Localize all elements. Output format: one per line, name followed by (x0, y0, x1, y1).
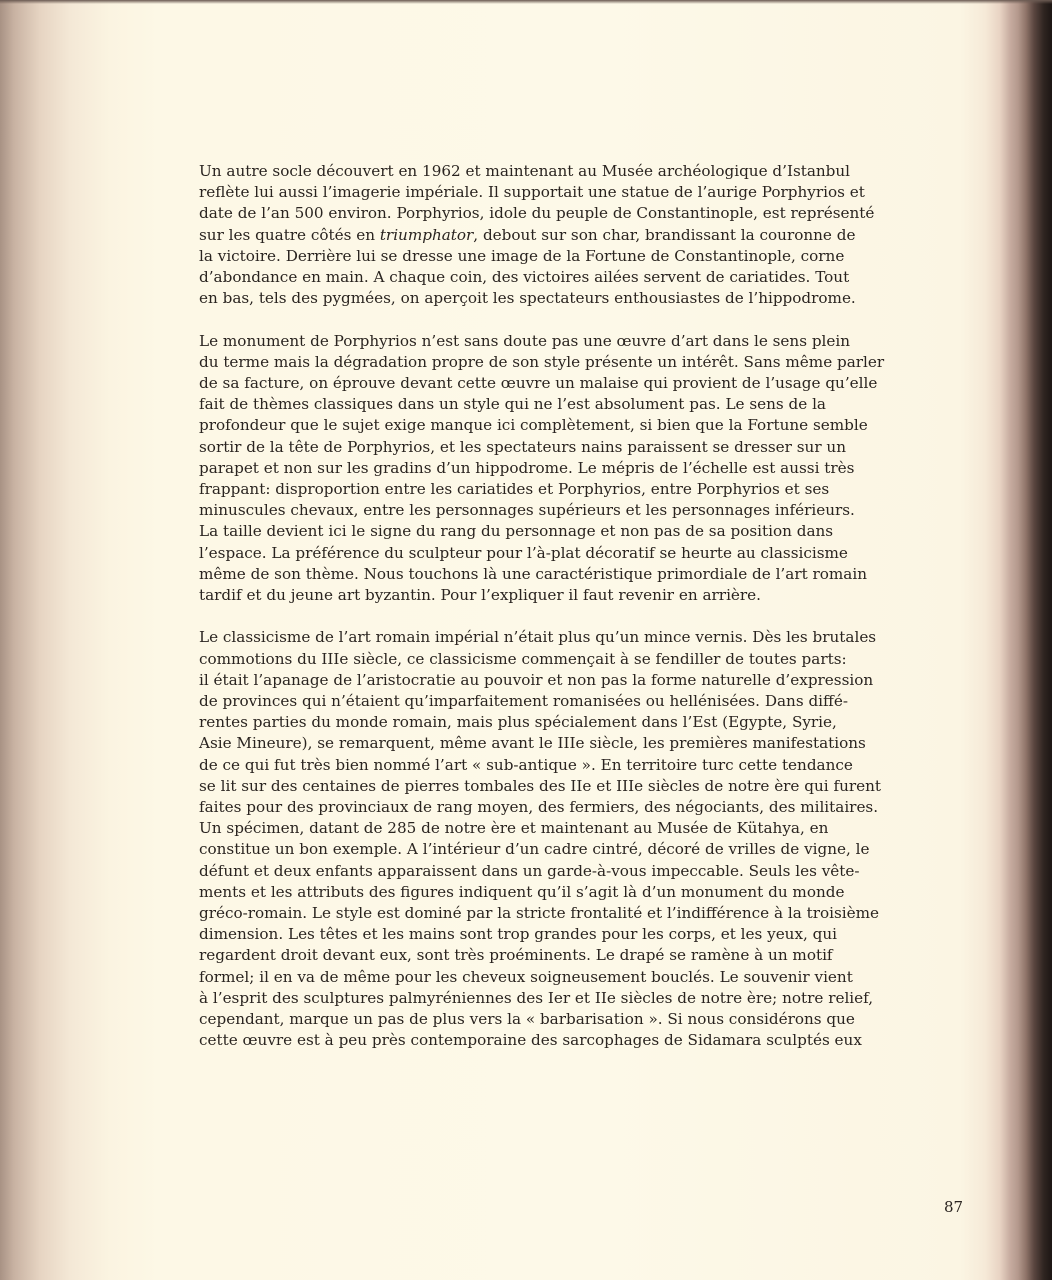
book-page: Un autre socle découvert en 1962 et main… (0, 0, 1052, 1280)
text-line: frappant: disproportion entre les cariat… (199, 479, 824, 500)
text-line: cette œuvre est à peu près contemporaine… (199, 1030, 824, 1051)
text-line: dimension. Les têtes et les mains sont t… (199, 924, 824, 945)
text-line: regardent droit devant eux, sont très pr… (199, 945, 824, 966)
page-number: 87 (944, 1198, 963, 1216)
text-line: commotions du IIIe siècle, ce classicism… (199, 649, 824, 670)
text-line-with-italic: sur les quatre côtés en triumphator, deb… (199, 225, 824, 246)
text-line: date de l’an 500 environ. Porphyrios, id… (199, 203, 824, 224)
text-line: du terme mais la dégradation propre de s… (199, 352, 824, 373)
text-line: ments et les attributs des figures indiq… (199, 882, 824, 903)
text-line: de ce qui fut très bien nommé l’art « su… (199, 755, 824, 776)
text-line: en bas, tels des pygmées, on aperçoit le… (199, 288, 824, 309)
text-line: il était l’apanage de l’aristocratie au … (199, 670, 824, 691)
text-line: sortir de la tête de Porphyrios, et les … (199, 437, 824, 458)
text-line: minuscules chevaux, entre les personnage… (199, 500, 824, 521)
text-line: défunt et deux enfants apparaissent dans… (199, 861, 824, 882)
body-text: Un autre socle découvert en 1962 et main… (199, 161, 824, 1073)
text-line: même de son thème. Nous touchons là une … (199, 564, 824, 585)
text-line: La taille devient ici le signe du rang d… (199, 521, 824, 542)
text-line: de sa facture, on éprouve devant cette œ… (199, 373, 824, 394)
text-line: profondeur que le sujet exige manque ici… (199, 415, 824, 436)
text-line: gréco-romain. Le style est dominé par la… (199, 903, 824, 924)
text-line: formel; il en va de même pour les cheveu… (199, 967, 824, 988)
text-line: faites pour des provinciaux de rang moye… (199, 797, 824, 818)
text-line: d’abondance en main. A chaque coin, des … (199, 267, 824, 288)
text-line: tardif et du jeune art byzantin. Pour l’… (199, 585, 824, 606)
text-line: reflète lui aussi l’imagerie impériale. … (199, 182, 824, 203)
text-line: l’espace. La préférence du sculpteur pou… (199, 543, 824, 564)
text-line: Un spécimen, datant de 285 de notre ère … (199, 818, 824, 839)
text-line: Un autre socle découvert en 1962 et main… (199, 161, 824, 182)
text-line: rentes parties du monde romain, mais plu… (199, 712, 824, 733)
text-line: se lit sur des centaines de pierres tomb… (199, 776, 824, 797)
text-line: Le monument de Porphyrios n’est sans dou… (199, 331, 824, 352)
text-line: la victoire. Derrière lui se dresse une … (199, 246, 824, 267)
text-line: constitue un bon exemple. A l’intérieur … (199, 839, 824, 860)
text-line: parapet et non sur les gradins d’un hipp… (199, 458, 824, 479)
text-line: à l’esprit des sculptures palmyréniennes… (199, 988, 824, 1009)
italic-term: triumphator (380, 226, 473, 244)
paragraph-3: Le classicisme de l’art romain impérial … (199, 627, 824, 1051)
paragraph-1: Un autre socle découvert en 1962 et main… (199, 161, 824, 309)
text-line: cependant, marque un pas de plus vers la… (199, 1009, 824, 1030)
text-line: Le classicisme de l’art romain impérial … (199, 627, 824, 648)
paragraph-2: Le monument de Porphyrios n’est sans dou… (199, 331, 824, 607)
text-line: Asie Mineure), se remarquent, même avant… (199, 733, 824, 754)
text-line: fait de thèmes classiques dans un style … (199, 394, 824, 415)
page-top-edge-shadow (0, 0, 1052, 4)
text-line: de provinces qui n’étaient qu’imparfaite… (199, 691, 824, 712)
